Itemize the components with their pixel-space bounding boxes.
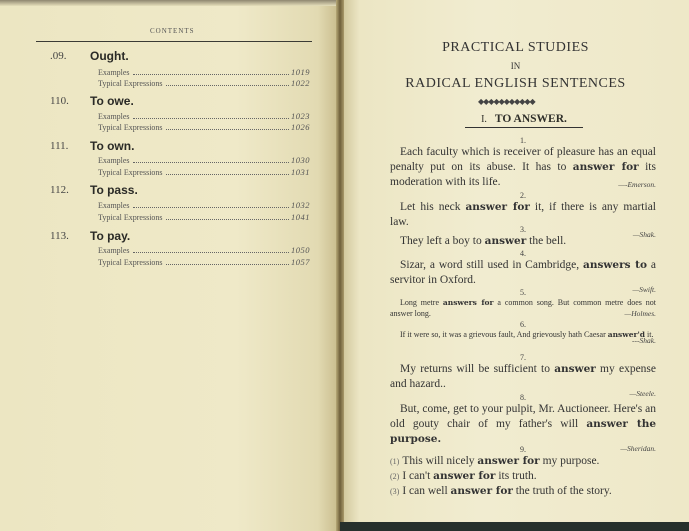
toc-title: Ought. [90,49,129,63]
example-text: If it were so, it was a grievous fault, … [390,329,656,340]
page-number: 1031 [291,167,310,177]
example-text: But, come, get to your pulpit, Mr. Aucti… [390,402,656,447]
toc-number: 111. [50,140,68,152]
key-phrase: answers for [443,298,494,307]
key-phrase: answer for [477,455,539,467]
example-sub-line: (3)I can well answer for the truth of th… [390,484,656,499]
toc-number: .09. [50,50,67,62]
section-number: I. [481,114,487,125]
page-bottom-edge [340,522,689,531]
book-title-line1: PRACTICAL STUDIES [342,40,689,56]
example-text: My returns will be sufficient to answer … [390,362,656,392]
contents-header: CONTENTS [150,27,195,35]
toc-title: To owe. [90,94,134,108]
example-3: 3. They left a boy to answer the bell. [390,225,656,249]
toc-sub-examples: Examples1050 [98,245,310,255]
header-rule [36,41,312,42]
example-sub-line: (1)This will nicely answer for my purpos… [390,454,656,469]
toc-number: 112. [50,184,69,196]
example-text: They left a boy to answer the bell. [390,234,656,249]
toc-sub-typical: Typical Expressions1031 [98,167,310,177]
example-7: 7. My returns will be sufficient to answ… [390,353,656,398]
page-number: 1030 [291,155,310,165]
toc-title: To pass. [90,183,138,197]
section-title: TO ANSWER. [495,113,567,125]
ornament-divider: ◆◆◆◆◆◆◆◆◆◆◆ [478,97,535,106]
example-9: 9. (1)This will nicely answer for my pur… [390,445,656,499]
toc-sub-examples: Examples1032 [98,200,310,210]
page-number: 1026 [291,122,310,132]
toc-sub-typical: Typical Expressions1057 [98,257,310,267]
key-phrase: answer for [451,485,513,497]
page-top-edge [0,0,338,6]
page-number: 1019 [291,67,310,77]
key-phrase: answer [485,235,527,247]
page-number: 1023 [291,111,310,121]
toc-number: 113. [50,230,69,242]
page-number: 1022 [291,78,310,88]
key-phrase: answer [554,363,596,375]
toc-sub-examples: Examples1030 [98,155,310,165]
toc-sub-examples: Examples1023 [98,111,310,121]
toc-sub-examples: Examples1019 [98,67,310,77]
example-text: Sizar, a word still used in Cambridge, a… [390,258,656,288]
key-phrase: answer for [573,161,639,173]
toc-title: To own. [90,139,134,153]
key-phrase: answer for [433,470,495,482]
page-number: 1057 [291,257,310,267]
example-sub-line: (2)I can't answer for its truth. [390,469,656,484]
key-phrase: answer for [465,201,529,213]
key-phrase: answers to [583,259,647,271]
example-8: 8. But, come, get to your pulpit, Mr. Au… [390,393,656,453]
page-number: 1050 [291,245,310,255]
section-heading: I.TO ANSWER. [465,113,583,128]
example-1: 1. Each faculty which is receiver of ple… [390,136,656,189]
example-6: 6. If it were so, it was a grievous faul… [390,320,656,345]
toc-sub-typical: Typical Expressions1041 [98,212,310,222]
example-5: 5. Long metre answers for a common song.… [390,288,656,318]
page-number: 1032 [291,200,310,210]
toc-number: 110. [50,95,69,107]
book-title-line2: IN [342,61,689,71]
toc-title: To pay. [90,229,130,243]
toc-sub-typical: Typical Expressions1026 [98,122,310,132]
toc-sub-typical: Typical Expressions1022 [98,78,310,88]
page-number: 1041 [291,212,310,222]
book-title-line3: RADICAL ENGLISH SENTENCES [342,76,689,92]
